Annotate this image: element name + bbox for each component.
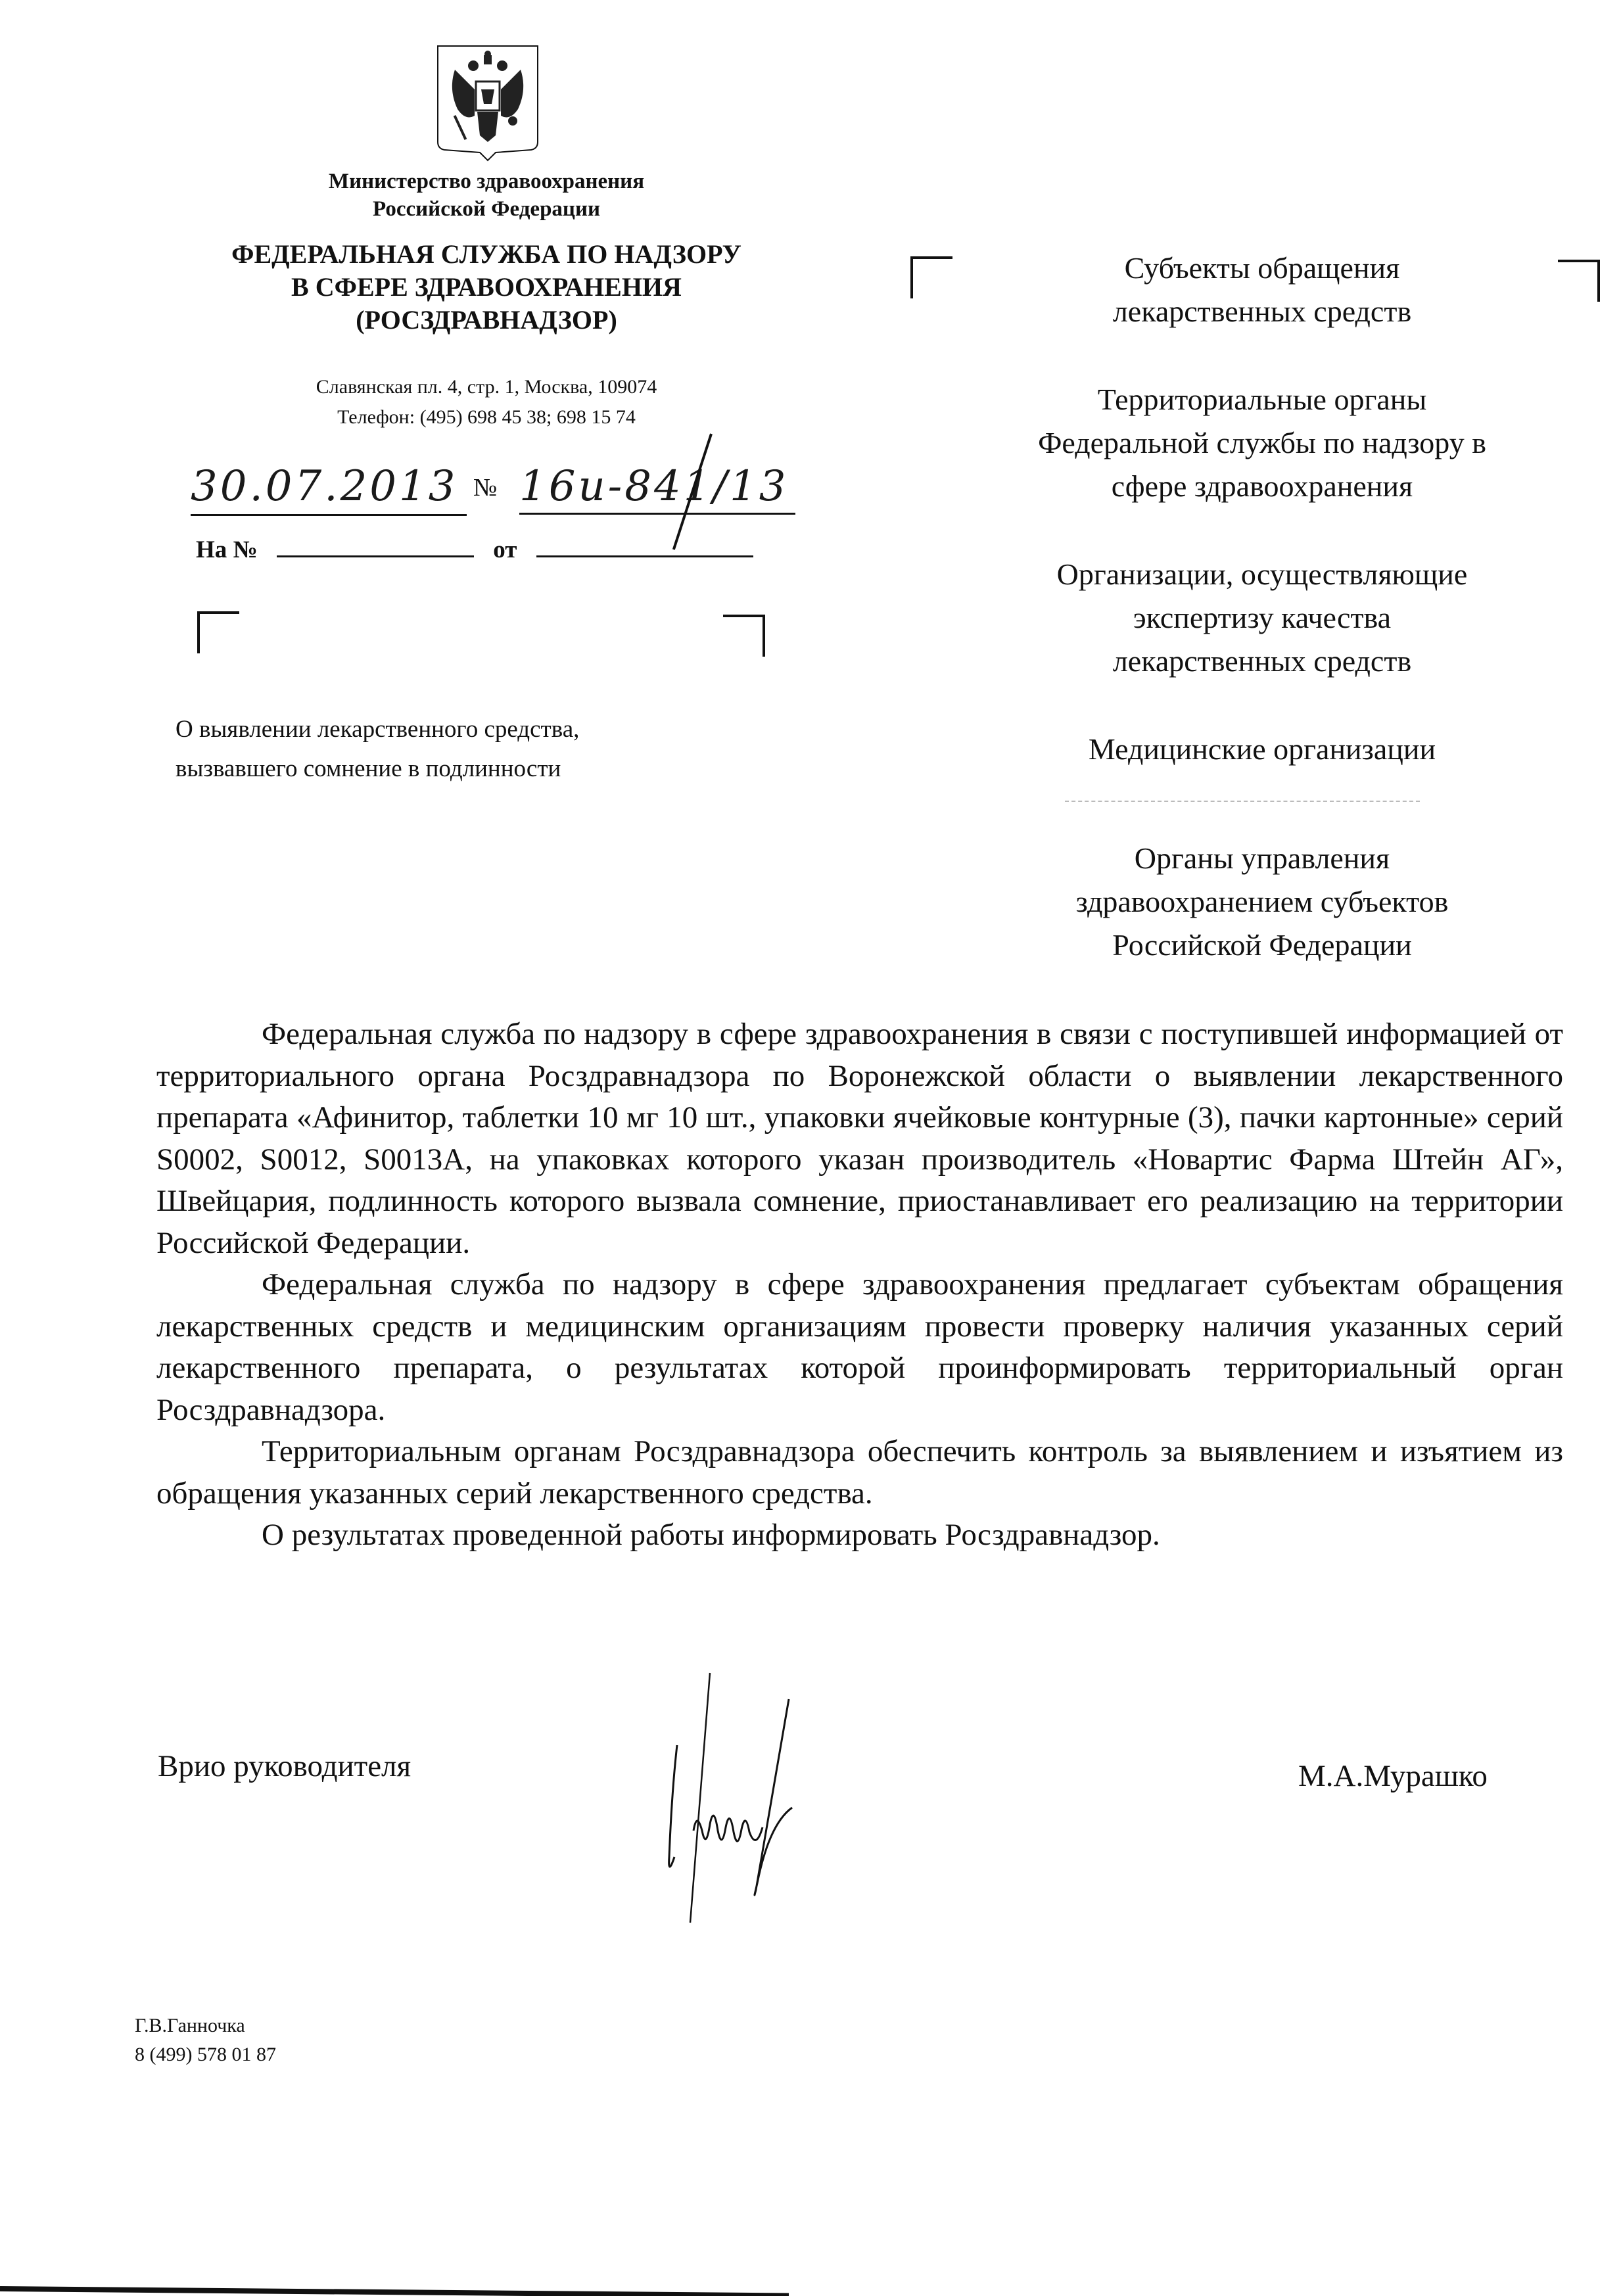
phone-line: Телефон: (495) 698 45 38; 698 15 74	[217, 402, 756, 433]
reply-from-label: от	[493, 536, 517, 563]
service-line-2: В СФЕРЕ ЗДРАВООХРАНЕНИЯ	[171, 271, 802, 304]
addressee-item: Организации, осуществляющие экспертизу к…	[933, 553, 1591, 683]
subject: О выявлении лекарственного средства, выз…	[176, 710, 767, 789]
executor-phone: 8 (499) 578 01 87	[135, 2040, 276, 2069]
signatory-role: Врио руководителя	[158, 1748, 411, 1784]
addressee-line: Медицинские организации	[933, 728, 1591, 771]
document-number: 16и-841/13	[519, 460, 795, 515]
addressee-line: Российской Федерации	[933, 924, 1591, 967]
addressee-item: Органы управления здравоохранением субъе…	[933, 837, 1591, 967]
body-paragraph: Федеральная служба по надзору в сфере зд…	[156, 1264, 1563, 1431]
handwritten-signature-icon	[657, 1660, 855, 1936]
scan-edge-line	[0, 2286, 789, 2296]
coat-of-arms-icon	[435, 43, 540, 162]
addressee-list: Субъекты обращения лекарственных средств…	[933, 246, 1591, 967]
addressee-line: Федеральной службы по надзору в	[933, 421, 1591, 465]
reply-date-blank	[536, 536, 753, 557]
service-line-1: ФЕДЕРАЛЬНАЯ СЛУЖБА ПО НАДЗОРУ	[171, 238, 802, 271]
letterhead-address: Славянская пл. 4, стр. 1, Москва, 109074…	[217, 372, 756, 433]
addressee-line: экспертизу качества	[933, 596, 1591, 640]
service-line-3: (РОСЗДРАВНАДЗОР)	[171, 304, 802, 337]
reply-reference: На № от	[196, 536, 787, 564]
addressee-line: Территориальные органы	[933, 378, 1591, 421]
addressee-item: Медицинские организации	[933, 728, 1591, 771]
addressee-line: лекарственных средств	[933, 290, 1591, 333]
corner-bracket-top-left	[197, 611, 239, 653]
service-name: ФЕДЕРАЛЬНАЯ СЛУЖБА ПО НАДЗОРУ В СФЕРЕ ЗД…	[171, 238, 802, 337]
reply-number-blank	[277, 536, 474, 557]
addressee-line: сфере здравоохранения	[933, 465, 1591, 508]
ministry-line-1: Министерство здравоохранения	[250, 168, 723, 195]
addressee-line: Субъекты обращения	[933, 246, 1591, 290]
subject-line-1: О выявлении лекарственного средства,	[176, 710, 767, 749]
body-paragraph: Территориальным органам Росздравнадзора …	[156, 1431, 1563, 1514]
ministry-name: Министерство здравоохранения Российской …	[250, 168, 723, 223]
addressee-item: Субъекты обращения лекарственных средств	[933, 246, 1591, 333]
addressee-line: Органы управления	[933, 837, 1591, 880]
subject-line-2: вызвавшего сомнение в подлинности	[176, 749, 767, 789]
body-paragraph: Федеральная служба по надзору в сфере зд…	[156, 1014, 1563, 1264]
addressee-line: здравоохранением субъектов	[933, 880, 1591, 924]
document-date: 30.07.2013	[191, 460, 467, 516]
letter-body: Федеральная служба по надзору в сфере зд…	[156, 1014, 1563, 1557]
addressee-line: Организации, осуществляющие	[933, 553, 1591, 596]
ministry-line-2: Российской Федерации	[250, 195, 723, 223]
body-paragraph: О результатах проведенной работы информи…	[156, 1514, 1563, 1557]
addressee-line: лекарственных средств	[933, 640, 1591, 683]
number-sign: №	[473, 473, 497, 502]
executor-info: Г.В.Ганночка 8 (499) 578 01 87	[135, 2011, 276, 2069]
corner-bracket-top-right	[723, 615, 765, 657]
executor-name: Г.В.Ганночка	[135, 2011, 276, 2040]
signatory-name: М.А.Мурашко	[1298, 1758, 1488, 1794]
registration-line: 30.07.2013 № 16и-841/13	[191, 460, 848, 519]
addressee-item: Территориальные органы Федеральной служб…	[933, 378, 1591, 508]
address-line: Славянская пл. 4, стр. 1, Москва, 109074	[217, 372, 756, 402]
scan-artifact-dashes	[1065, 801, 1420, 802]
reply-to-label: На №	[196, 536, 258, 563]
